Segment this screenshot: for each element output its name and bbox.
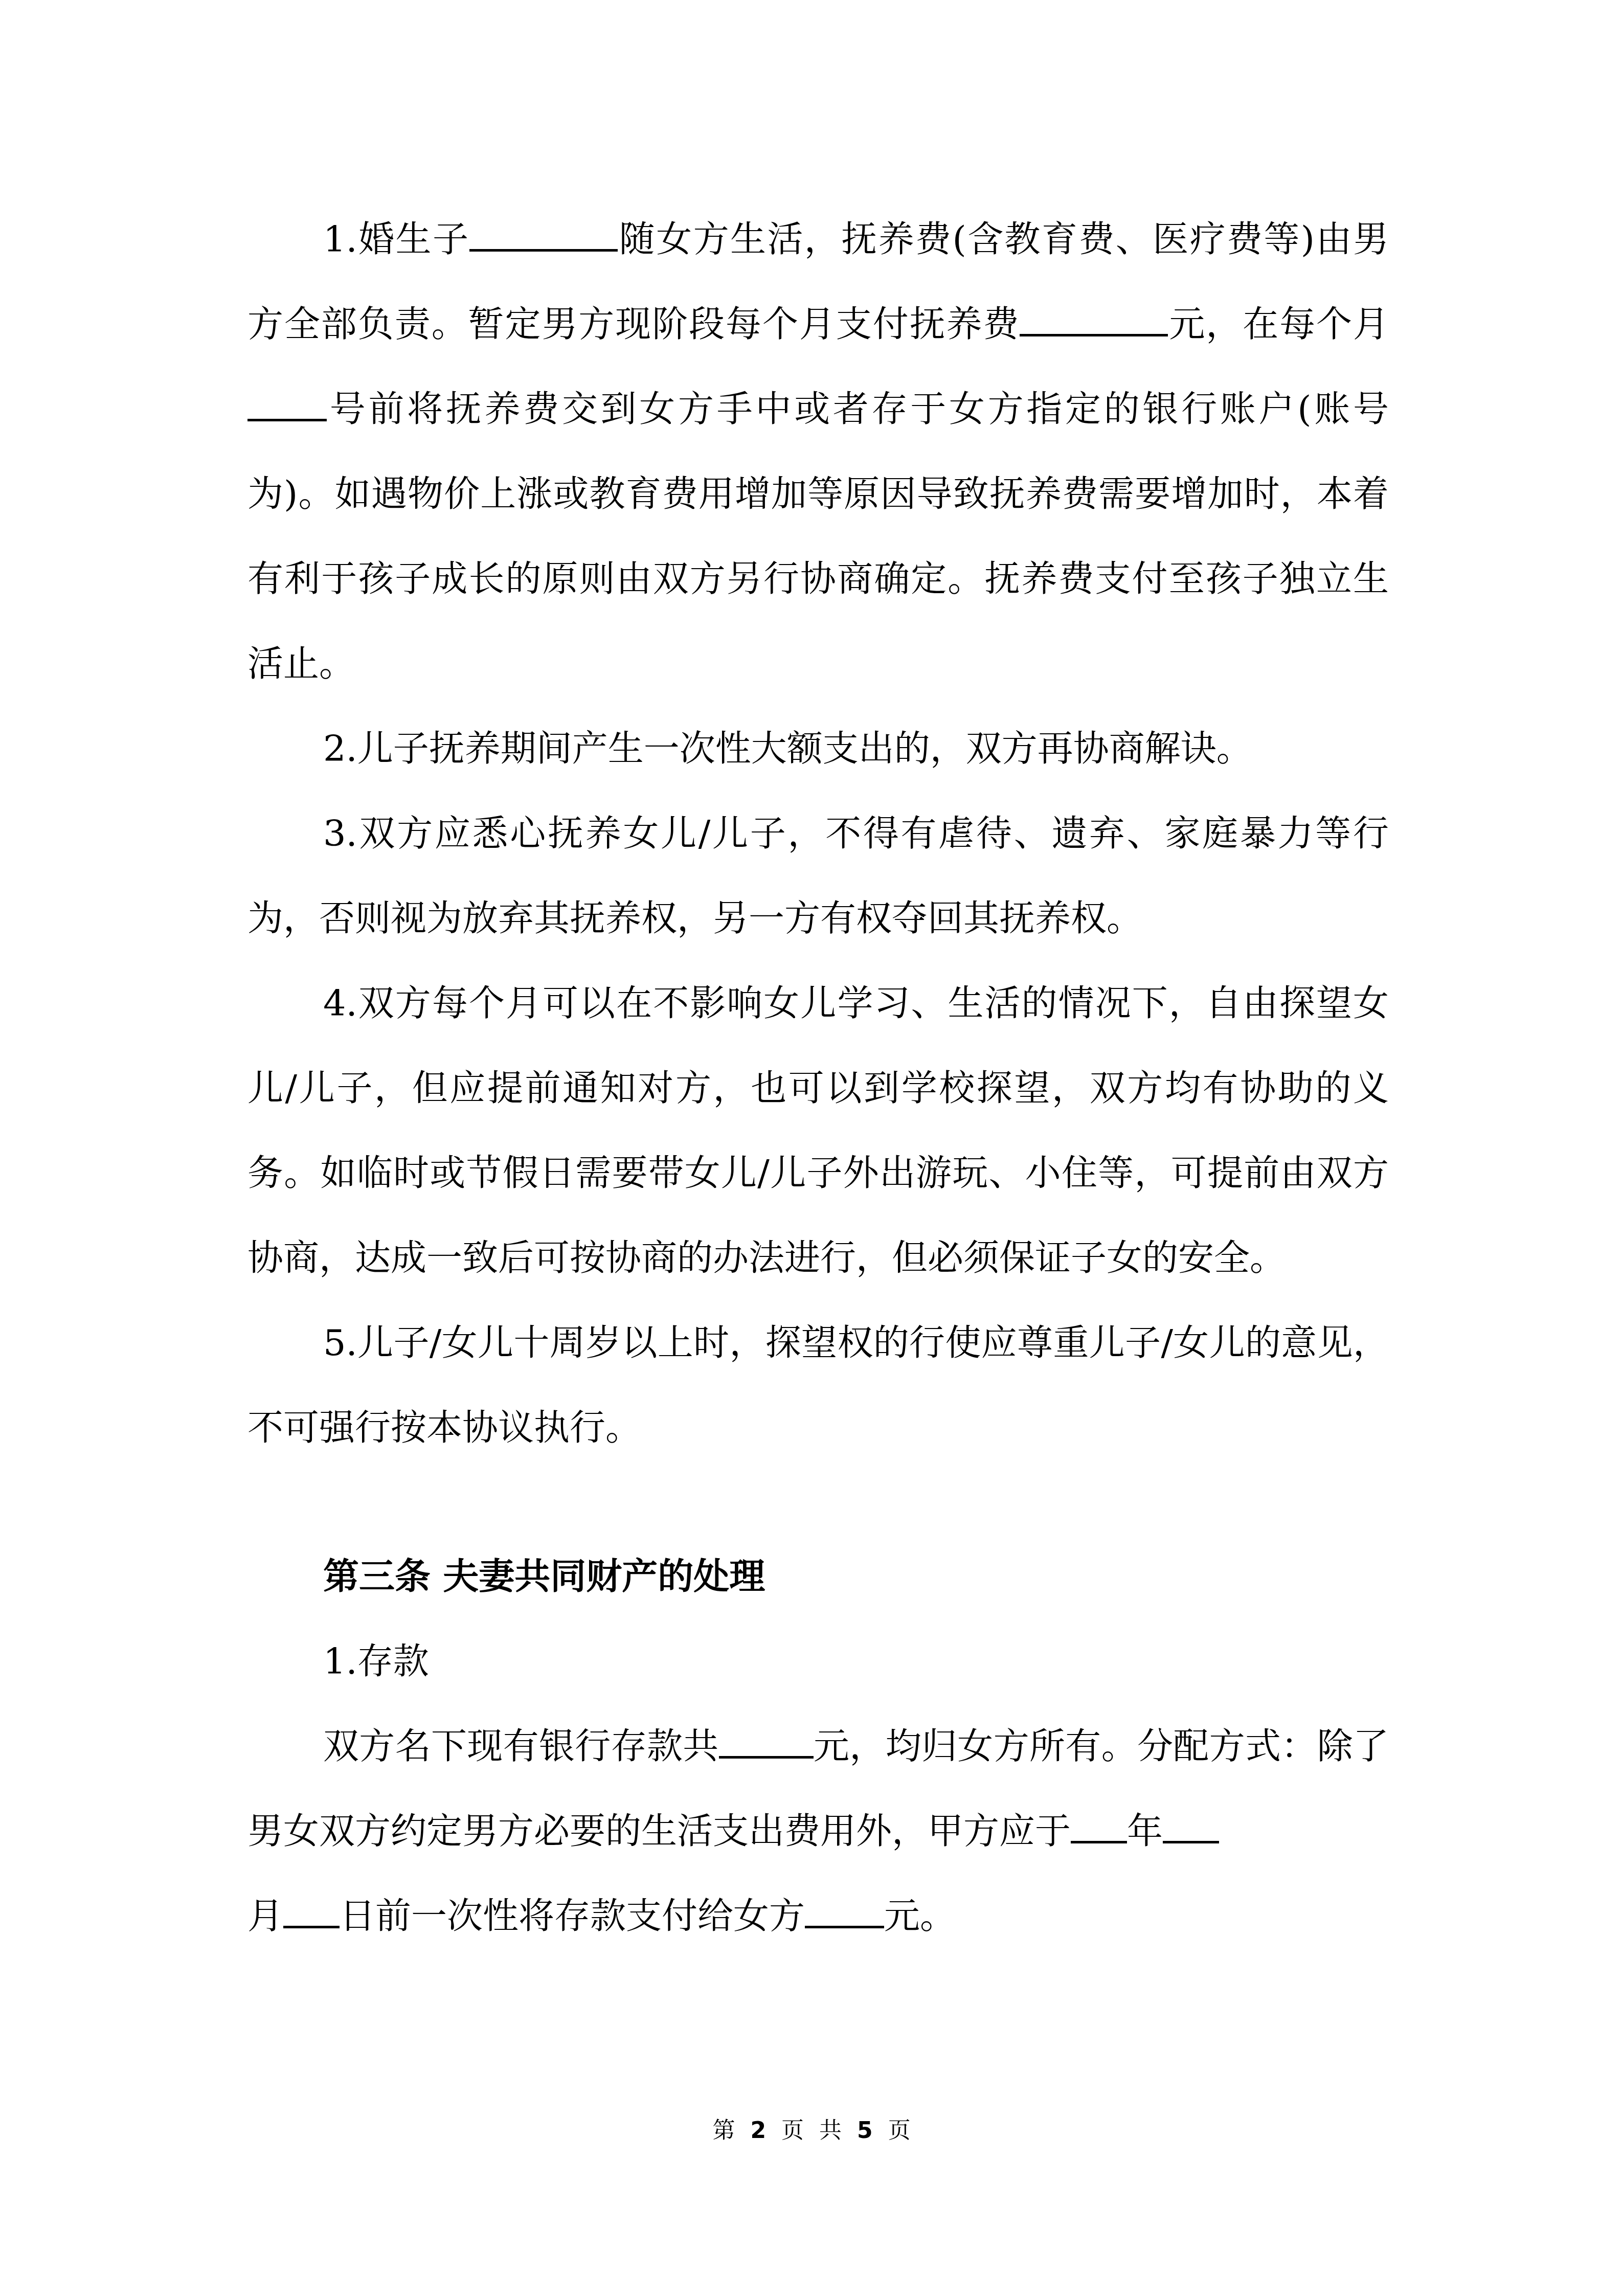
paragraph-lump-sum-expense: 2.儿子抚养期间产生一次性大额支出的，双方再协商解诀。 xyxy=(247,706,1389,791)
paragraph-text: 元。 xyxy=(884,1895,956,1937)
paragraph-care-obligation: 3.双方应悉心抚养女儿/儿子，不得有虐待、遗弃、家庭暴力等行为，否则视为放弃其抚… xyxy=(247,791,1389,961)
subheading-deposit: 1.存款 xyxy=(247,1619,1389,1704)
footer-middle: 页 共 xyxy=(781,2118,842,2144)
paragraph-child-opinion: 5.儿子/女儿十周岁以上时，探望权的行使应尊重儿子/女儿的意见，不可强行按本协议… xyxy=(247,1300,1389,1470)
fill-in-blank[interactable] xyxy=(1020,305,1168,336)
paragraph-custody-support: 1.婚生子随女方生活，抚养费(含教育费、医疗费等)由男方全部负责。暂定男方现阶段… xyxy=(247,197,1389,706)
paragraph-text: 1.婚生子 xyxy=(323,218,469,260)
paragraph-text: 双方名下现有银行存款共 xyxy=(323,1725,719,1767)
fill-in-blank[interactable] xyxy=(719,1727,814,1759)
paragraph-text: 年 xyxy=(1127,1810,1163,1852)
paragraph-text: 元，在每个月 xyxy=(1168,303,1389,345)
fill-in-blank-amount[interactable] xyxy=(805,1897,884,1928)
paragraph-text: 号前将抚养费交到女方手中或者存于女方指定的银行账户(账号为)。如遇物价上涨或教育… xyxy=(247,388,1389,685)
fill-in-blank[interactable] xyxy=(247,390,327,421)
paragraph-text: 月 xyxy=(247,1895,283,1937)
current-page-number: 2 xyxy=(750,2118,766,2144)
paragraph-deposit: 双方名下现有银行存款共元，均归女方所有。分配方式：除了男女双方约定男方必要的生活… xyxy=(247,1704,1389,1959)
page-footer: 第 2 页 共 5 页 xyxy=(0,2112,1623,2145)
fill-in-blank-day[interactable] xyxy=(283,1897,340,1928)
section-heading: 第三条 夫妻共同财产的处理 xyxy=(247,1534,1389,1619)
document-page: 1.婚生子随女方生活，抚养费(含教育费、医疗费等)由男方全部负责。暂定男方现阶段… xyxy=(247,197,1389,1959)
fill-in-blank-year[interactable] xyxy=(1071,1812,1127,1843)
footer-prefix: 第 xyxy=(712,2118,735,2144)
footer-suffix: 页 xyxy=(888,2118,911,2144)
paragraph-visitation: 4.双方每个月可以在不影响女儿学习、生活的情况下，自由探望女儿/儿子，但应提前通… xyxy=(247,961,1389,1300)
total-pages-number: 5 xyxy=(857,2118,873,2144)
fill-in-blank[interactable] xyxy=(469,220,618,252)
fill-in-blank-month[interactable] xyxy=(1163,1812,1219,1843)
paragraph-text: 日前一次性将存款支付给女方 xyxy=(340,1895,805,1937)
